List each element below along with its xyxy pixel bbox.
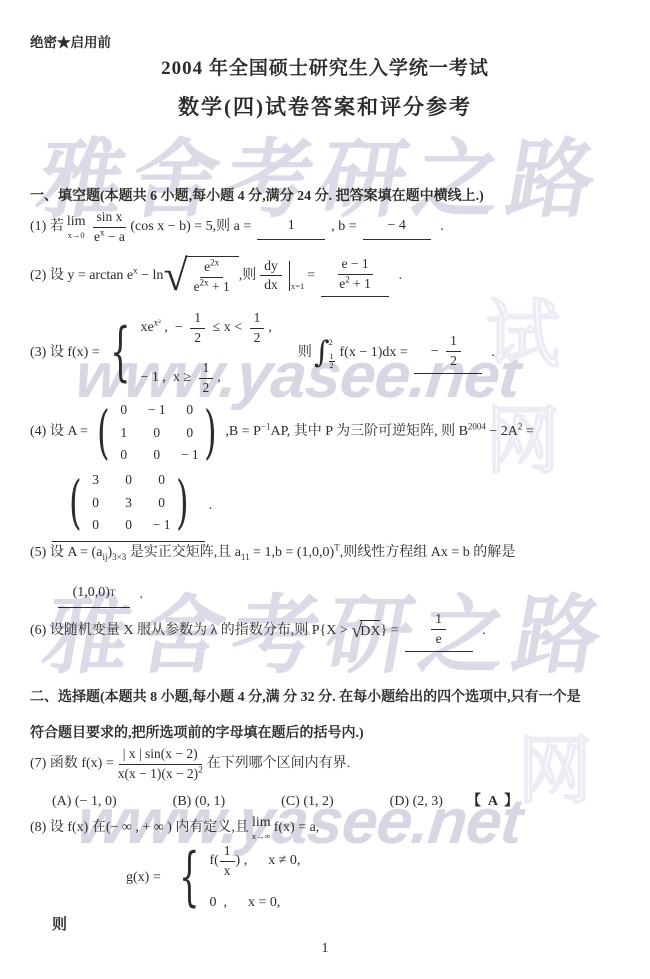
q3-number: (3) bbox=[30, 343, 46, 363]
answer-blank: (1,0,0)T bbox=[58, 582, 130, 608]
square-root: √ e2x e2x + 1 bbox=[163, 256, 238, 296]
fraction-numerator: e2x bbox=[200, 259, 223, 278]
fraction-denominator: 2 bbox=[450, 352, 457, 370]
answer-value: − 4 bbox=[387, 216, 405, 236]
q1-period: . bbox=[437, 217, 444, 237]
left-brace: { bbox=[179, 849, 199, 907]
radicand: DX bbox=[360, 620, 380, 642]
q1-text-mid2: , b = bbox=[331, 217, 356, 237]
math-text: − a bbox=[105, 229, 125, 244]
answer-blank-a: 1 bbox=[257, 215, 325, 240]
q8-number: (8) bbox=[30, 818, 46, 838]
one-over-x: 1x bbox=[220, 843, 235, 880]
fraction-denominator: 2 bbox=[254, 329, 261, 347]
question-1: (1) 若 lim x→0 sin x ex − a (cos x − b) =… bbox=[30, 209, 444, 246]
q7-text-post: 在下列哪个区间内有界. bbox=[207, 754, 351, 774]
matrix-cell: 0 bbox=[153, 470, 171, 490]
integral-upper: 2 bbox=[329, 336, 335, 348]
case1-cond: x ≠ 0, bbox=[268, 851, 300, 871]
math-text: ,B = P bbox=[225, 424, 261, 439]
option-a: (A) (− 1, 0) bbox=[52, 792, 117, 812]
lim-word: lim bbox=[67, 215, 86, 229]
matrix-cell: 3 bbox=[87, 470, 105, 490]
matrix-cell: − 1 bbox=[181, 445, 199, 465]
fraction-denominator: e2 + 1 bbox=[339, 275, 371, 293]
matrix-cell: 0 bbox=[153, 493, 171, 513]
q4-period: . bbox=[205, 496, 212, 516]
matrix-cell: 0 bbox=[87, 493, 105, 513]
exponent: x² bbox=[154, 318, 161, 328]
limit-notation: lim x→0 bbox=[67, 215, 86, 240]
q3-integrand: f(x − 1)dx = bbox=[340, 343, 408, 363]
question-4-answer: ( 300 030 00− 1 ) . bbox=[52, 470, 212, 542]
fraction-denominator: 2 bbox=[194, 329, 201, 347]
fraction: | x | sin(x − 2) x(x − 1)(x − 2)2 bbox=[118, 746, 203, 783]
lim-subscript: x→∞ bbox=[252, 832, 271, 841]
matrix-cell: − 1 bbox=[148, 400, 166, 420]
matrix-A: ( 0− 10 100 00− 1 ) bbox=[92, 400, 221, 465]
fraction-denominator: x bbox=[224, 862, 231, 880]
question-8-gx: g(x) = { f( 1x ) , x ≠ 0, 0 , x = 0, bbox=[126, 843, 300, 913]
definite-integral: ∫ 2 12 bbox=[314, 336, 338, 370]
q2-text-mid: ,则 bbox=[239, 266, 257, 286]
fraction-numerator: 1 bbox=[190, 310, 205, 329]
exam-title: 2004 年全国硕士研究生入学统一考试 bbox=[0, 55, 650, 83]
exponent: 2x bbox=[210, 258, 219, 268]
case2-cond-end: , bbox=[217, 368, 221, 388]
gap bbox=[227, 893, 248, 913]
matrix-cell: 0 bbox=[87, 515, 105, 535]
one-half: 12 bbox=[190, 310, 205, 347]
q8-text: 设 f(x) 在(− ∞ , + ∞ ) 内有定义,且 bbox=[46, 818, 249, 838]
limit-notation: lim x→∞ bbox=[252, 816, 271, 841]
fraction-numerator: sin x bbox=[93, 209, 127, 228]
question-4: (4) 设 A = ( 0− 10 100 00− 1 ) ,B = P−1AP… bbox=[30, 400, 534, 465]
fraction-numerator: 1 bbox=[431, 611, 446, 630]
q3-period: . bbox=[488, 343, 495, 363]
option-c: (C) (1, 2) bbox=[281, 792, 334, 812]
one-half: 12 bbox=[250, 310, 265, 347]
matrix-cell: 0 bbox=[120, 470, 138, 490]
gap bbox=[247, 851, 268, 871]
fraction: e2x e2x + 1 bbox=[194, 259, 230, 296]
lim-subscript: x→0 bbox=[68, 231, 85, 240]
math-text: − 2A bbox=[486, 424, 518, 439]
q3-then: 则 bbox=[298, 343, 312, 363]
matrix-cell: 3 bbox=[120, 493, 138, 513]
fraction-numerator: e − 1 bbox=[338, 256, 373, 275]
left-paren: ( bbox=[97, 406, 109, 459]
case-row-1: f( 1x ) , x ≠ 0, bbox=[209, 843, 300, 880]
case2-expr: − 1 , bbox=[140, 368, 172, 388]
section1-heading: 一、填空题(本题共 6 小题,每小题 4 分,满分 24 分. 把答案填在题中横… bbox=[30, 187, 484, 207]
question-3: (3) 设 f(x) = { xex² , − 12 ≤ x < 12 , − … bbox=[30, 310, 495, 397]
case-row-2: 0 , x = 0, bbox=[209, 893, 300, 913]
exponent: 2004 bbox=[468, 422, 486, 432]
q7-number: (7) bbox=[30, 754, 46, 774]
integral-sign: ∫ bbox=[314, 338, 330, 368]
q5-number: (5) bbox=[30, 543, 46, 563]
fraction-numerator: 1 bbox=[220, 843, 235, 862]
fraction-denominator: e bbox=[436, 630, 442, 648]
case1-cond-end: , bbox=[268, 318, 272, 338]
lim-word: lim bbox=[252, 816, 271, 830]
question-5: (5) 设 A = (aij)3×3 是实正交矩阵,且 a11 = 1,b = … bbox=[30, 543, 515, 563]
matrix-cell: 0 bbox=[148, 423, 166, 443]
matrix-cell: 0 bbox=[181, 400, 199, 420]
evaluation-subscript: x=1 bbox=[291, 280, 304, 292]
math-text: + 1 bbox=[350, 276, 371, 291]
answer-underline: ( 300 030 00− 1 ) bbox=[52, 470, 205, 542]
q8-text2: f(x) = a, bbox=[274, 818, 320, 838]
one-half: 12 bbox=[199, 360, 214, 397]
answer-matrix: ( 300 030 00− 1 ) bbox=[64, 470, 193, 535]
left-paren: ( bbox=[69, 476, 81, 529]
matrix-cell: 0 bbox=[181, 423, 199, 443]
q2-text-pre: 设 y = arctan ex − ln bbox=[46, 266, 163, 286]
question-7: (7) 函数 f(x) = | x | sin(x − 2) x(x − 1)(… bbox=[30, 746, 350, 783]
math-text: = 1,b = (1,0,0) bbox=[250, 545, 335, 560]
left-brace: { bbox=[110, 324, 130, 382]
then-word: 则 bbox=[52, 915, 67, 937]
case1-cond-pre: − bbox=[175, 318, 186, 338]
answer-fraction: 1e bbox=[431, 611, 446, 648]
piecewise-cases: xex² , − 12 ≤ x < 12 , − 1 , x ≥ 12 , bbox=[140, 310, 271, 397]
piecewise-cases: f( 1x ) , x ≠ 0, 0 , x = 0, bbox=[209, 843, 300, 913]
fraction-denominator: dx bbox=[264, 276, 278, 294]
q2-number: (2) bbox=[30, 266, 46, 286]
math-text: 设 A = (a bbox=[46, 545, 102, 560]
case1-pre: f( bbox=[209, 851, 218, 871]
q7-text-pre: 函数 f(x) = bbox=[46, 754, 113, 774]
subscript: 3×3 bbox=[112, 552, 126, 562]
g-lhs: g(x) = bbox=[126, 868, 161, 888]
matrix-cell: 0 bbox=[148, 445, 166, 465]
math-text: , bbox=[161, 320, 175, 335]
equals-sign: = bbox=[307, 266, 315, 286]
math-text: AP, 其中 P 为三阶可逆矩阵, 则 B bbox=[270, 424, 467, 439]
fraction-numerator: 1 bbox=[199, 360, 214, 379]
derivative-fraction: dy dx bbox=[260, 258, 282, 295]
question-7-options: (A) (− 1, 0) (B) (0, 1) (C) (1, 2) (D) (… bbox=[52, 792, 518, 812]
matrix-cell: − 1 bbox=[153, 515, 171, 535]
matrix-cell: 1 bbox=[115, 423, 133, 443]
math-text: − ln bbox=[138, 268, 164, 283]
ghost-outline-watermark-2: 网 bbox=[518, 712, 612, 818]
evaluation-bar: x=1 bbox=[289, 261, 304, 291]
math-text: x(x − 1)(x − 2) bbox=[118, 766, 198, 781]
answer-blank: 1e bbox=[405, 610, 473, 652]
q1-text-pre: 若 bbox=[46, 217, 64, 237]
case1-post: ) , bbox=[236, 851, 248, 871]
answer-fraction: e − 1 e2 + 1 bbox=[338, 256, 373, 293]
exam-subtitle: 数学(四)试卷答案和评分参考 bbox=[0, 92, 650, 122]
classification-label: 绝密★启用前 bbox=[30, 33, 111, 53]
vertical-bar bbox=[289, 261, 290, 291]
fraction-numerator: 1 bbox=[250, 310, 265, 329]
fraction-denominator: x(x − 1)(x − 2)2 bbox=[118, 765, 203, 783]
section2-heading-line2: 符合题目要求的,把所选项前的字母填在题后的括号内.) bbox=[30, 724, 364, 744]
scanned-exam-page: 雅舍考研之路 www.yasee.net 雅舍考研之路 www.yasee.ne… bbox=[0, 0, 650, 979]
q5-text: 设 A = (aij)3×3 是实正交矩阵,且 a11 = 1,b = (1,0… bbox=[46, 543, 515, 563]
integral-lower: 12 bbox=[329, 353, 335, 370]
section2-heading-line1: 二、选择题(本题共 8 小题,每小题 4 分,满 分 32 分. 在每小题给出的… bbox=[30, 688, 581, 708]
right-paren: ) bbox=[204, 406, 216, 459]
case-row-2: − 1 , x ≥ 12 , bbox=[140, 360, 271, 397]
exponent: 2 bbox=[198, 764, 203, 774]
option-b: (B) (0, 1) bbox=[173, 792, 226, 812]
case2-cond: x = 0, bbox=[248, 893, 280, 913]
one-half: 12 bbox=[446, 333, 461, 370]
q5-period: . bbox=[136, 585, 143, 605]
q4-text-pre: 设 A = bbox=[46, 422, 88, 442]
radicand: e2x e2x + 1 bbox=[185, 256, 239, 296]
page-number: 1 bbox=[0, 939, 650, 959]
answer-value: (1,0,0) bbox=[73, 583, 110, 603]
fraction-numerator: dy bbox=[260, 258, 282, 277]
q1-number: (1) bbox=[30, 217, 46, 237]
exponent: 2x bbox=[200, 277, 209, 287]
q6-number: (6) bbox=[30, 621, 46, 641]
matrix-cell: 0 bbox=[115, 445, 133, 465]
fraction: sin x ex − a bbox=[93, 209, 127, 246]
question-6: (6) 设随机变量 X 服从参数为 λ 的指数分布,则 P{X > √ DX }… bbox=[30, 610, 486, 652]
answer-value: 1 bbox=[288, 216, 295, 236]
question-8: (8) 设 f(x) 在(− ∞ , + ∞ ) 内有定义,且 lim x→∞ … bbox=[30, 816, 319, 841]
right-paren: ) bbox=[176, 476, 188, 529]
subscript: 11 bbox=[241, 552, 250, 562]
case1-expr: xex² , bbox=[140, 318, 174, 338]
matrix-cell: 0 bbox=[115, 400, 133, 420]
q6-text2: } = bbox=[380, 621, 398, 641]
answer-bracket: 【 A 】 bbox=[467, 792, 518, 812]
math-text: 设 y = arctan e bbox=[46, 268, 133, 283]
fraction-denominator: ex − a bbox=[94, 228, 125, 246]
fraction-denominator: 2 bbox=[203, 379, 210, 397]
q2-period: . bbox=[395, 266, 402, 286]
matrix-cell: 0 bbox=[120, 515, 138, 535]
q6-text: 设随机变量 X 服从参数为 λ 的指数分布,则 P{X > bbox=[46, 621, 351, 641]
math-text: ,则线性方程组 Ax = b 的解是 bbox=[340, 545, 516, 560]
q6-period: . bbox=[479, 621, 486, 641]
fraction-denominator: e2x + 1 bbox=[194, 278, 230, 296]
q3-text-pre: 设 f(x) = bbox=[46, 343, 99, 363]
question-2: (2) 设 y = arctan ex − ln √ e2x e2x + 1 ,… bbox=[30, 255, 402, 297]
math-text: + 1 bbox=[209, 279, 230, 294]
case-row-1: xex² , − 12 ≤ x < 12 , bbox=[140, 310, 271, 347]
answer-blank-b: − 4 bbox=[363, 215, 431, 240]
fraction-denominator: 2 bbox=[330, 362, 334, 370]
option-d: (D) (2, 3) bbox=[390, 792, 443, 812]
case2-cond-pre: x ≥ bbox=[173, 368, 195, 388]
integral-limits: 2 12 bbox=[329, 336, 335, 370]
math-text: 是实正交矩阵,且 a bbox=[126, 545, 241, 560]
answer-blank: e − 1 e2 + 1 bbox=[321, 255, 389, 297]
q4-number: (4) bbox=[30, 422, 46, 442]
math-text: xe bbox=[140, 320, 153, 335]
q4-text-mid: ,B = P−1AP, 其中 P 为三阶可逆矩阵, 则 B2004 − 2A2 … bbox=[225, 422, 533, 442]
matrix-grid: 300 030 00− 1 bbox=[87, 470, 171, 535]
q1-text-mid: (cos x − b) = 5,则 a = bbox=[130, 217, 251, 237]
matrix-grid: 0− 10 100 00− 1 bbox=[115, 400, 199, 465]
fraction-numerator: | x | sin(x − 2) bbox=[119, 746, 202, 765]
answer-blank: − 12 bbox=[414, 332, 482, 374]
case1-cond-mid: ≤ x < bbox=[209, 318, 246, 338]
case2-expr: 0 , bbox=[209, 893, 227, 913]
math-text: = bbox=[522, 424, 533, 439]
question-5-answer: (1,0,0)T . bbox=[52, 582, 143, 608]
fraction-numerator: 1 bbox=[446, 333, 461, 352]
answer-minus: − bbox=[431, 342, 442, 362]
